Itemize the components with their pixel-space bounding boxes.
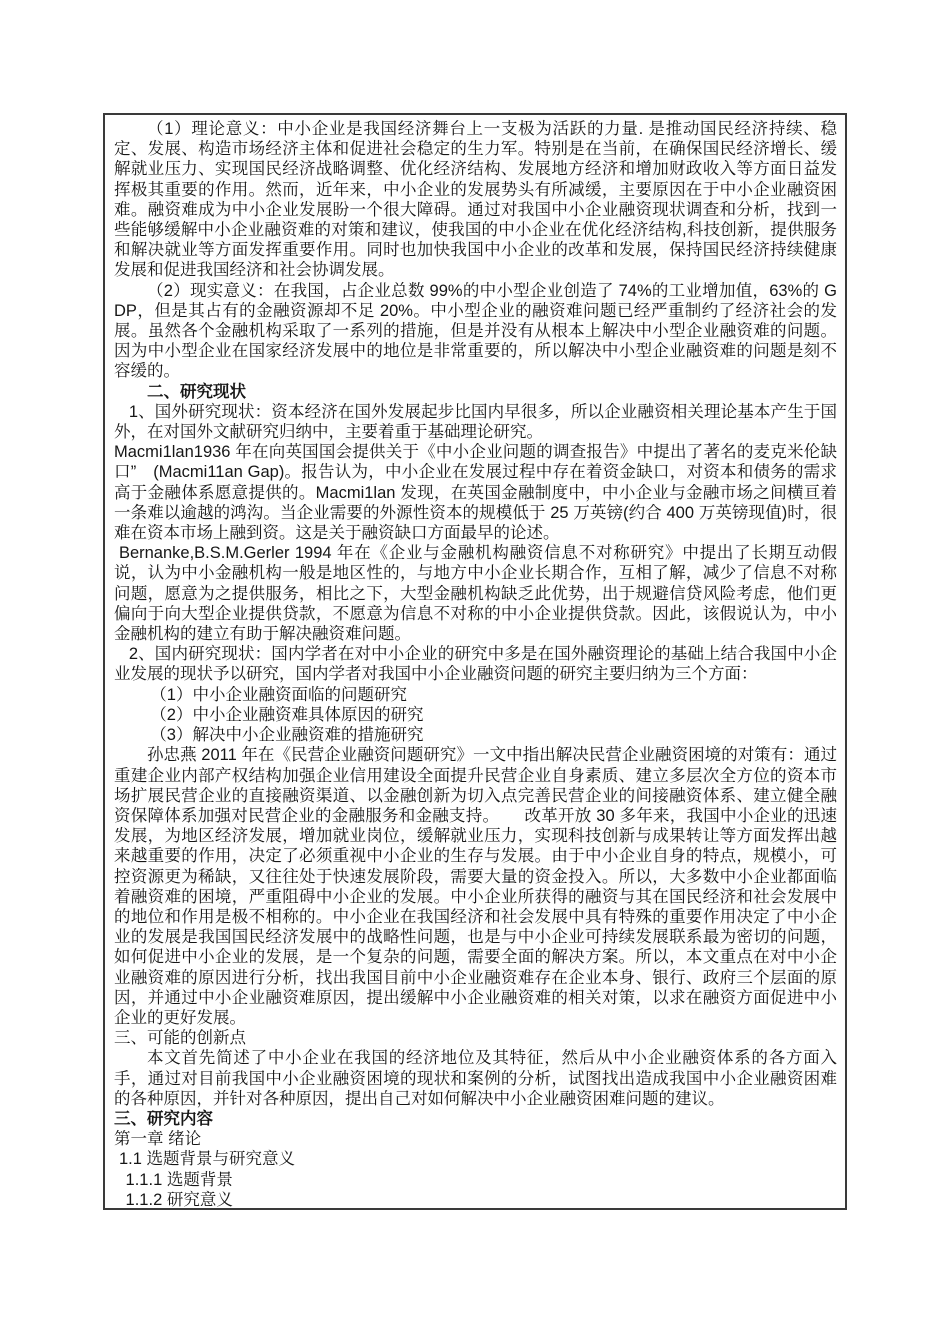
para-practical-significance: （2）现实意义：在我国，占企业总数 99%的中小型企业创造了 74%的工业增加值…: [114, 281, 837, 382]
outline-chapter-1: 第一章 绪论: [114, 1129, 837, 1149]
para-theoretical-significance: （1）理论意义：中小企业是我国经济舞台上一支极为活跃的力量. 是推动国民经济持续…: [114, 119, 837, 281]
outline-1-1: 1.1 选题背景与研究意义: [114, 1149, 837, 1169]
outline-1-1-1: 1.1.1 选题背景: [114, 1170, 837, 1190]
outline-1-1-2: 1.1.2 研究意义: [114, 1190, 837, 1210]
para-innovation: 本文首先简述了中小企业在我国的经济地位及其特征，然后从中小企业融资体系的各方面入…: [114, 1048, 837, 1109]
list-item-3: （3）解决中小企业融资难的措施研究: [114, 725, 837, 745]
list-item-1: （1）中小企业融资面临的问题研究: [114, 685, 837, 705]
para-bernanke: Bernanke,B.S.M.Gerler 1994 年在《企业与金融机构融资信…: [114, 543, 837, 644]
para-macmillan: Macmi1lan1936 年在向英国国会提供关于《中小企业问题的调查报告》中提…: [114, 442, 837, 543]
heading-research-status: 二、研究现状: [114, 382, 837, 402]
para-foreign-research: 1、国外研究现状：资本经济在国外发展起步比国内早很多，所以企业融资相关理论基本产…: [114, 402, 837, 442]
table-cell-research-proposal: （1）理论意义：中小企业是我国经济舞台上一支极为活跃的力量. 是推动国民经济持续…: [103, 113, 847, 1210]
heading-research-content: 三、研究内容: [114, 1109, 837, 1129]
para-sun-zhongyan: 孙忠燕 2011 年在《民营企业融资问题研究》一文中指出解决民营企业融资困境的对…: [114, 745, 837, 1028]
list-item-2: （2）中小企业融资难具体原因的研究: [114, 705, 837, 725]
heading-innovation-points: 三、可能的创新点: [114, 1028, 837, 1048]
document-page: （1）理论意义：中小企业是我国经济舞台上一支极为活跃的力量. 是推动国民经济持续…: [0, 0, 950, 1344]
para-domestic-research: 2、国内研究现状：国内学者在对中小企业的研究中多是在国外融资理论的基础上结合我国…: [114, 644, 837, 684]
